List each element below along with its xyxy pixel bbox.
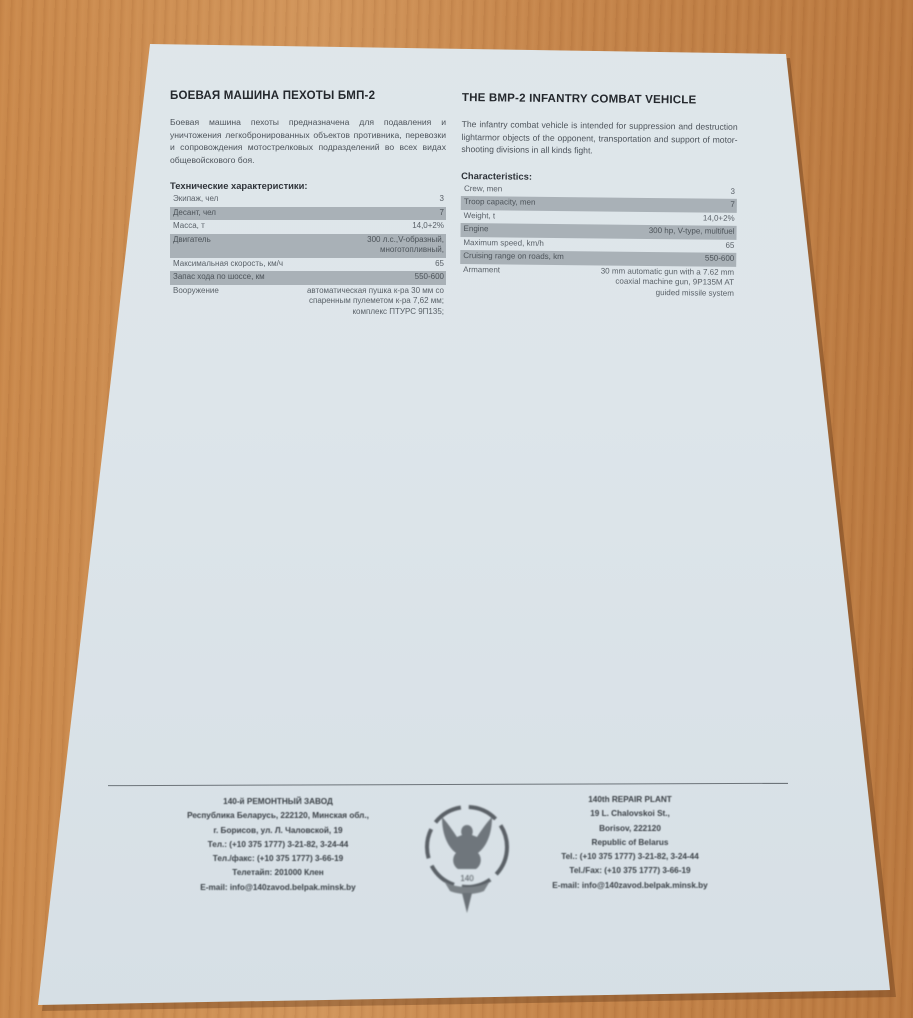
contact-line: Тел.: (+10 375 1777) 3-21-82, 3-24-44 [138,838,418,852]
spec-label: Engine [464,224,594,236]
spec-label: Десант, чел [173,208,303,219]
contact-line: 19 L. Chalovskoi St., [505,807,755,821]
spec-label: Экипаж, чел [173,194,303,205]
ru-intro: Боевая машина пехоты предназначена для п… [170,116,446,166]
spec-value: 14,0+2% [303,221,444,232]
spec-label: Maximum speed, km/h [463,238,593,250]
contact-line: 140-й РЕМОНТНЫЙ ЗАВОД [138,795,418,809]
en-spec-table: Crew, men3Troop capacity, men7Weight, t1… [460,182,737,300]
spec-value: 7 [303,208,444,219]
english-column: THE BMP-2 INFANTRY COMBAT VEHICLE The in… [460,92,738,301]
spec-value: 3 [303,194,444,205]
spec-row: Масса, т14,0+2% [170,220,446,234]
spec-label: Масса, т [173,221,303,232]
spec-value: 65 [303,259,444,270]
spec-value: 550-600 [303,272,444,283]
spec-value: 550-600 [593,252,734,264]
russian-column: БОЕВАЯ МАШИНА ПЕХОТЫ БМП-2 Боевая машина… [170,90,446,319]
spec-label: Armament [463,265,593,298]
ru-title: БОЕВАЯ МАШИНА ПЕХОТЫ БМП-2 [170,90,446,102]
contact-line: Tel.: (+10 375 1777) 3-21-82, 3-24-44 [505,850,755,864]
en-title: THE BMP-2 INFANTRY COMBAT VEHICLE [462,92,738,107]
contact-line: г. Борисов, ул. Л. Чаловской, 19 [138,824,418,838]
contact-line: Тел./факс: (+10 375 1777) 3-66-19 [138,852,418,866]
spec-row: Вооружениеавтоматическая пушка к-ра 30 м… [170,285,446,320]
spec-row: Экипаж, чел3 [170,193,446,207]
contact-line: Телетайп: 201000 Клен [138,866,418,880]
spec-label: Максимальная скорость, км/ч [173,259,303,270]
spec-value: автоматическая пушка к-ра 30 мм со спаре… [303,286,444,318]
spec-row: Armament30 mm automatic gun with a 7.62 … [460,263,736,300]
spec-row: Запас хода по шоссе, км550-600 [170,271,446,285]
contact-line: Республика Беларусь, 222120, Минская обл… [138,809,418,823]
spec-label: Weight, t [464,211,594,223]
spec-label: Двигатель [173,235,303,256]
spec-label: Вооружение [173,286,303,318]
spec-value: 65 [593,239,734,251]
contact-line: Tel./Fax: (+10 375 1777) 3-66-19 [505,864,755,878]
ru-spec-table: Экипаж, чел3Десант, чел7Масса, т14,0+2%Д… [170,193,446,319]
ru-contact-block: 140-й РЕМОНТНЫЙ ЗАВОДРеспублика Беларусь… [138,795,418,895]
contact-line: E-mail: info@140zavod.belpak.minsk.by [138,881,418,895]
ru-spec-heading: Технические характеристики: [170,180,446,191]
contact-line: E-mail: info@140zavod.belpak.minsk.by [505,879,755,893]
contact-line: 140th REPAIR PLANT [505,793,755,807]
spec-value: 300 л.с.,V-образный, многотопливный, [303,235,444,256]
spec-value: 14,0+2% [594,212,735,224]
en-contact-block: 140th REPAIR PLANT19 L. Chalovskoi St.,B… [505,793,755,893]
svg-text:140: 140 [460,874,474,883]
contact-line: Republic of Belarus [505,836,755,850]
spec-value: 300 hp, V-type, multifuel [594,225,735,237]
spec-label: Запас хода по шоссе, км [173,272,303,283]
spec-value: 7 [594,198,735,210]
en-intro: The infantry combat vehicle is intended … [461,118,737,158]
contact-line: Borisov, 222120 [505,822,755,836]
en-spec-heading: Characteristics: [461,169,737,183]
spec-label: Crew, men [464,184,594,196]
spec-value: 30 mm automatic gun with a 7.62 mm coaxi… [593,266,734,299]
spec-value: 3 [594,185,735,197]
spec-row: Максимальная скорость, км/ч65 [170,258,446,272]
spec-label: Cruising range on roads, km [463,251,593,263]
spec-label: Troop capacity, men [464,197,594,209]
spec-row: Двигатель300 л.с.,V-образный, многотопли… [170,234,446,258]
spec-row: Десант, чел7 [170,207,446,221]
